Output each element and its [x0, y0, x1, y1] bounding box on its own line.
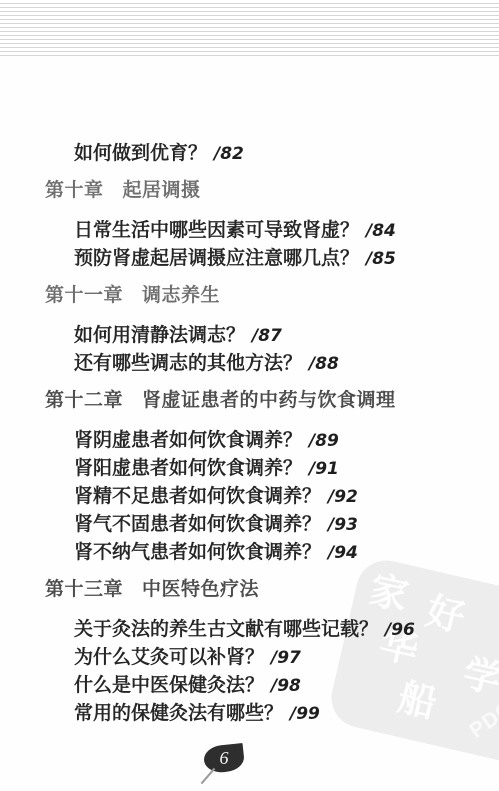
toc-section: 第十二章肾虚证患者的中药与饮食调理肾阴虚患者如何饮食调养？/89肾阳虚患者如何饮… [0, 387, 499, 567]
chapter-title: 调志养生 [142, 285, 220, 306]
toc-entry: 什么是中医保健灸法？/98 [0, 672, 499, 700]
entry-page-number: /89 [309, 431, 339, 451]
entry-page-number: /84 [366, 221, 396, 241]
entry-page-number: /96 [385, 620, 415, 640]
chapter-title: 起居调摄 [123, 180, 201, 201]
entry-page-number: /98 [271, 676, 301, 696]
entry-page-number: /85 [366, 249, 396, 269]
chapter-title: 肾虚证患者的中药与饮食调理 [142, 390, 396, 411]
entry-question: 肾不纳气患者如何饮食调养？ [74, 542, 321, 563]
toc-entry: 如何用清静法调志？/87 [0, 322, 499, 350]
entry-page-number: /97 [271, 648, 301, 668]
leaf-stem-icon [201, 768, 216, 784]
toc-section: 第十三章中医特色疗法关于灸法的养生古文献有哪些记载？/96为什么艾灸可以补肾？/… [0, 576, 499, 728]
toc-entry: 肾气不固患者如何饮食调养？/93 [0, 511, 499, 539]
chapter-number: 第十章 [45, 180, 104, 201]
entry-question: 还有哪些调志的其他方法？ [74, 353, 302, 374]
toc-entry: 如何做到优育？/82 [0, 140, 499, 168]
toc-section: 第十章起居调摄日常生活中哪些因素可导致肾虚？/84预防肾虚起居调摄应注意哪几点？… [0, 177, 499, 273]
book-page: PDG 家好华学船 如何做到优育？/82第十章起居调摄日常生活中哪些因素可导致肾… [0, 0, 499, 791]
toc: 如何做到优育？/82第十章起居调摄日常生活中哪些因素可导致肾虚？/84预防肾虚起… [0, 56, 499, 728]
entry-page-number: /91 [309, 459, 339, 479]
entry-page-number: /99 [290, 704, 320, 724]
entry-question: 什么是中医保健灸法？ [74, 675, 264, 696]
chapter-heading: 第十章起居调摄 [0, 177, 499, 204]
toc-entry: 常用的保健灸法有哪些？/99 [0, 700, 499, 728]
scan-edge-stripes [0, 0, 499, 56]
toc-entry: 肾不纳气患者如何饮食调养？/94 [0, 539, 499, 567]
toc-entry: 预防肾虚起居调摄应注意哪几点？/85 [0, 245, 499, 273]
toc-entry: 肾阳虚患者如何饮食调养？/91 [0, 455, 499, 483]
entry-question: 肾阳虚患者如何饮食调养？ [74, 458, 302, 479]
entry-page-number: /94 [328, 543, 358, 563]
chapter-number: 第十一章 [45, 285, 123, 306]
toc-entry: 日常生活中哪些因素可导致肾虚？/84 [0, 217, 499, 245]
toc-entry: 肾精不足患者如何饮食调养？/92 [0, 483, 499, 511]
entry-question: 常用的保健灸法有哪些？ [74, 703, 283, 724]
chapter-number: 第十二章 [45, 390, 123, 411]
toc-section: 如何做到优育？/82 [0, 140, 499, 168]
entry-page-number: /92 [328, 487, 358, 507]
chapter-number: 第十三章 [45, 579, 123, 600]
entry-question: 肾气不固患者如何饮食调养？ [74, 514, 321, 535]
entry-question: 肾阴虚患者如何饮食调养？ [74, 430, 302, 451]
chapter-heading: 第十二章肾虚证患者的中药与饮食调理 [0, 387, 499, 414]
entry-page-number: /93 [328, 515, 358, 535]
chapter-heading: 第十一章调志养生 [0, 282, 499, 309]
entry-page-number: /87 [252, 326, 282, 346]
entry-question: 预防肾虚起居调摄应注意哪几点？ [74, 248, 359, 269]
entry-question: 肾精不足患者如何饮食调养？ [74, 486, 321, 507]
entry-question: 为什么艾灸可以补肾？ [74, 647, 264, 668]
toc-entry: 关于灸法的养生古文献有哪些记载？/96 [0, 616, 499, 644]
page-number: 6 [204, 748, 244, 769]
entry-question: 关于灸法的养生古文献有哪些记载？ [74, 619, 378, 640]
entry-page-number: /88 [309, 354, 339, 374]
chapter-title: 中医特色疗法 [142, 579, 259, 600]
entry-question: 如何用清静法调志？ [74, 325, 245, 346]
chapter-heading: 第十三章中医特色疗法 [0, 576, 499, 603]
entry-question: 如何做到优育？ [74, 143, 207, 164]
entry-question: 日常生活中哪些因素可导致肾虚？ [74, 220, 359, 241]
toc-section: 第十一章调志养生如何用清静法调志？/87还有哪些调志的其他方法？/88 [0, 282, 499, 378]
toc-entry: 为什么艾灸可以补肾？/97 [0, 644, 499, 672]
toc-entry: 肾阴虚患者如何饮食调养？/89 [0, 427, 499, 455]
toc-entry: 还有哪些调志的其他方法？/88 [0, 350, 499, 378]
entry-page-number: /82 [214, 144, 244, 164]
